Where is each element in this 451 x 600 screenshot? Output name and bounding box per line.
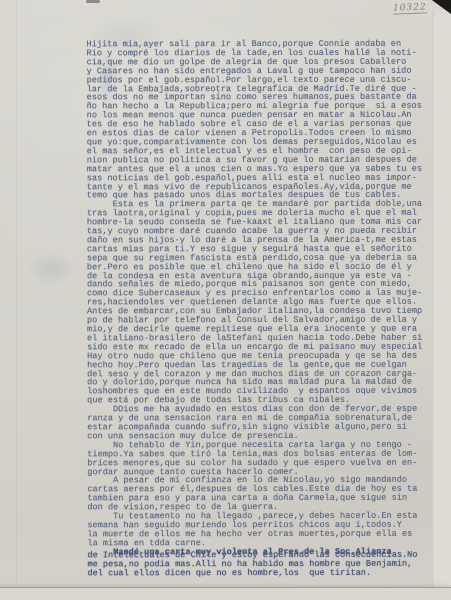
bottom-sheet-edge	[0, 587, 451, 600]
paper-fold-line	[16, 0, 17, 600]
letter-body: Hijita mia,ayer sali para ir al Banco,po…	[87, 40, 440, 578]
ink-smudge	[26, 253, 76, 285]
letter-line: del cual ellos dicen que no es hombre,lo…	[87, 569, 439, 579]
letter-line: Mandé una carta muy violenta al Pres.de …	[87, 547, 439, 557]
handwritten-archive-number: 10322	[393, 2, 427, 14]
letter-page: 10322 Hijita mia,ayer sali para ir al Ba…	[0, 0, 451, 600]
top-edge-mark	[86, 0, 100, 3]
